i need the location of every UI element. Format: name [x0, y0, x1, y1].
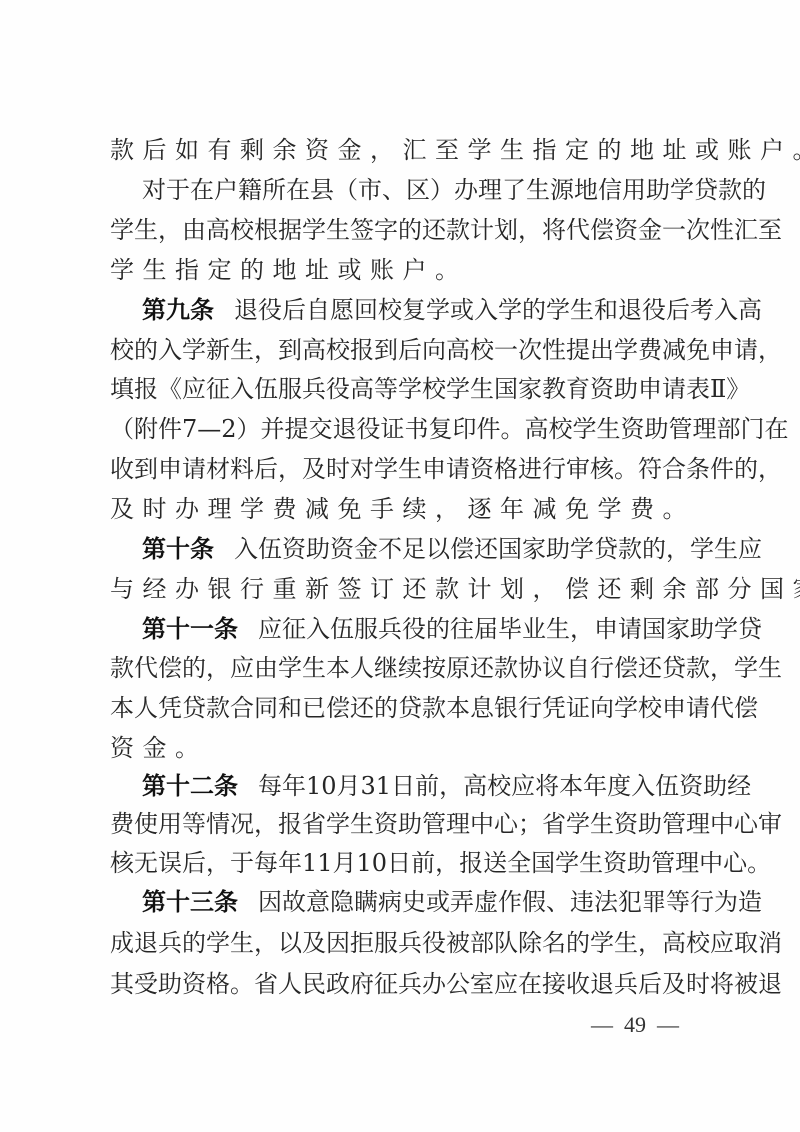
article-heading: 第十二条	[142, 772, 238, 800]
line-text: 成退兵的学生，以及因拒服兵役被部队除名的学生，高校应取消	[110, 929, 782, 957]
line-text: 核无误后，于每年11月10日前，报送全国学生资助管理中心。	[110, 849, 771, 877]
article-11-first-line: 第十一条应征入伍服兵役的往届毕业生，申请国家助学贷	[142, 613, 696, 645]
text-line: 核无误后，于每年11月10日前，报送全国学生资助管理中心。	[110, 847, 696, 879]
line-text: 资金。	[110, 734, 208, 762]
text-line: 学生指定的地址或账户。	[110, 254, 696, 286]
text-line: 对于在户籍所在县（市、区）办理了生源地信用助学贷款的	[142, 174, 696, 206]
line-text: 费使用等情况，报省学生资助管理中心；省学生资助管理中心审	[110, 810, 782, 838]
line-text: 应征入伍服兵役的往届毕业生，申请国家助学贷	[258, 615, 762, 643]
article-13-first-line: 第十三条因故意隐瞒病史或弄虚作假、违法犯罪等行为造	[142, 886, 696, 918]
line-text: 填报《应征入伍服兵役高等学校学生国家教育资助申请表Ⅱ》	[110, 375, 750, 403]
line-text: 每年10月31日前，高校应将本年度入伍资助经	[258, 772, 751, 800]
text-line: 及时办理学费减免手续，逐年减免学费。	[110, 493, 696, 525]
article-heading: 第十条	[142, 535, 214, 563]
line-text: 对于在户籍所在县（市、区）办理了生源地信用助学贷款的	[142, 176, 766, 204]
line-text: 学生指定的地址或账户。	[110, 256, 468, 284]
article-9-first-line: 第九条退役后自愿回校复学或入学的学生和退役后考入高	[142, 294, 696, 326]
article-heading: 第十一条	[142, 615, 238, 643]
text-line: （附件7—2）并提交退役证书复印件。高校学生资助管理部门在	[110, 413, 696, 445]
text-line: 本人凭贷款合同和已偿还的贷款本息银行凭证向学校申请代偿	[110, 692, 696, 724]
text-line: 与经办银行重新签订还款计划，偿还剩余部分国家助学贷款。	[110, 573, 696, 605]
line-text: 入伍资助资金不足以偿还国家助学贷款的，学生应	[234, 535, 762, 563]
text-line: 款后如有剩余资金，汇至学生指定的地址或账户。	[110, 134, 696, 166]
text-line: 其受助资格。省人民政府征兵办公室应在接收退兵后及时将被退	[110, 968, 696, 1000]
text-line: 学生，由高校根据学生签字的还款计划，将代偿资金一次性汇至	[110, 214, 696, 246]
article-10-first-line: 第十条入伍资助资金不足以偿还国家助学贷款的，学生应	[142, 533, 696, 565]
article-12-first-line: 第十二条每年10月31日前，高校应将本年度入伍资助经	[142, 770, 696, 802]
line-text: 校的入学新生，到高校报到后向高校一次性提出学费减免申请，	[110, 336, 782, 364]
article-heading: 第十三条	[142, 888, 238, 916]
line-text: 其受助资格。省人民政府征兵办公室应在接收退兵后及时将被退	[110, 970, 782, 998]
line-text: 本人凭贷款合同和已偿还的贷款本息银行凭证向学校申请代偿	[110, 694, 758, 722]
line-text: 收到申请材料后，及时对学生申请资格进行审核。符合条件的，	[110, 455, 782, 483]
line-text: （附件7—2）并提交退役证书复印件。高校学生资助管理部门在	[110, 415, 789, 443]
line-text: 学生，由高校根据学生签字的还款计划，将代偿资金一次性汇至	[110, 216, 782, 244]
line-text: 及时办理学费减免手续，逐年减免学费。	[110, 495, 695, 523]
text-line: 校的入学新生，到高校报到后向高校一次性提出学费减免申请，	[110, 334, 696, 366]
text-line: 收到申请材料后，及时对学生申请资格进行审核。符合条件的，	[110, 453, 696, 485]
line-text: 与经办银行重新签订还款计划，偿还剩余部分国家助学贷款。	[110, 575, 800, 603]
line-text: 因故意隐瞒病史或弄虚作假、违法犯罪等行为造	[258, 888, 762, 916]
line-text: 款代偿的，应由学生本人继续按原还款协议自行偿还贷款，学生	[110, 654, 782, 682]
page-number: — 49 —	[560, 1012, 710, 1038]
text-line: 成退兵的学生，以及因拒服兵役被部队除名的学生，高校应取消	[110, 927, 696, 959]
text-line: 填报《应征入伍服兵役高等学校学生国家教育资助申请表Ⅱ》	[110, 373, 696, 405]
line-text: 退役后自愿回校复学或入学的学生和退役后考入高	[234, 296, 762, 324]
text-line: 资金。	[110, 732, 696, 764]
text-line: 费使用等情况，报省学生资助管理中心；省学生资助管理中心审	[110, 808, 696, 840]
article-heading: 第九条	[142, 296, 214, 324]
document-page: 款后如有剩余资金，汇至学生指定的地址或账户。 对于在户籍所在县（市、区）办理了生…	[0, 0, 800, 1132]
text-line: 款代偿的，应由学生本人继续按原还款协议自行偿还贷款，学生	[110, 652, 696, 684]
line-text: 款后如有剩余资金，汇至学生指定的地址或账户。	[110, 136, 800, 164]
